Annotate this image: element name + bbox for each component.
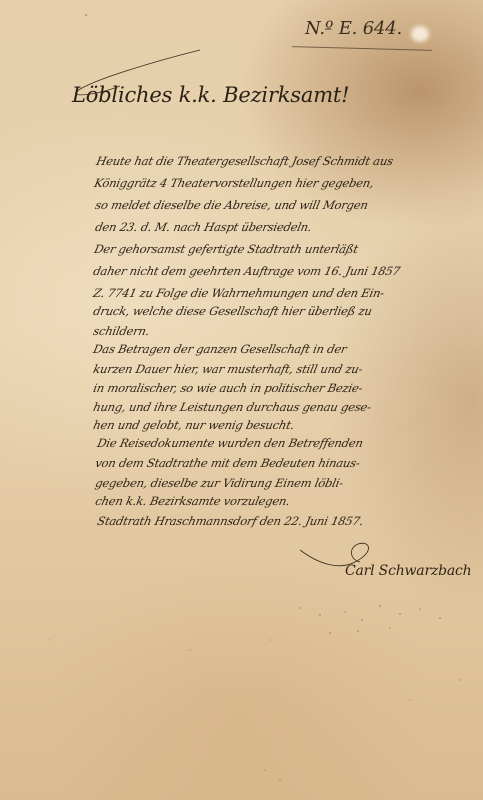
document-page: N.º E. 644. Löbliches k.k. Bezirksamt! H… [0,0,483,800]
body-line: Der gehorsamst gefertigte Stadtrath unte… [93,242,359,256]
body-line: gegeben, dieselbe zur Vidirung Einem löb… [94,476,344,490]
body-line: Z. 7741 zu Folge die Wahrnehmungen und d… [92,286,386,300]
body-line: daher nicht dem geehrten Auftrage vom 16… [92,264,401,278]
body-line: so meldet dieselbe die Abreise, und will… [94,198,369,212]
body-line: Heute hat die Theatergesellschaft Josef … [95,154,394,168]
body-line: in moralischer, so wie auch in politisch… [92,381,364,395]
body-line: Königgrätz 4 Theatervorstellungen hier g… [93,176,375,190]
body-line: von dem Stadtrathe mit dem Bedeuten hina… [94,456,361,470]
reference-number: N.º E. 644. [305,18,402,39]
date-line: Stadtrath Hraschmannsdorf den 22. Juni 1… [96,514,365,528]
body-line: druck, welche diese Gesellschaft hier üb… [92,304,373,318]
body-line: Das Betragen der ganzen Gesellschaft in … [92,342,348,356]
body-line: hung, und ihre Leistungen durchaus genau… [92,400,372,414]
body-line: hen und gelobt, nur wenig besucht. [92,418,296,432]
signature: Carl Schwarzbach [345,563,472,579]
body-line: den 23. d. M. nach Haspt übersiedeln. [94,220,313,234]
salutation: Löbliches k.k. Bezirksamt! [72,83,349,107]
body-line: Die Reisedokumente wurden den Betreffend… [96,436,364,450]
body-line: kurzen Dauer hier, war musterhaft, still… [92,362,364,376]
body-line: schildern. [92,324,151,338]
body-line: chen k.k. Bezirksamte vorzulegen. [94,494,291,508]
